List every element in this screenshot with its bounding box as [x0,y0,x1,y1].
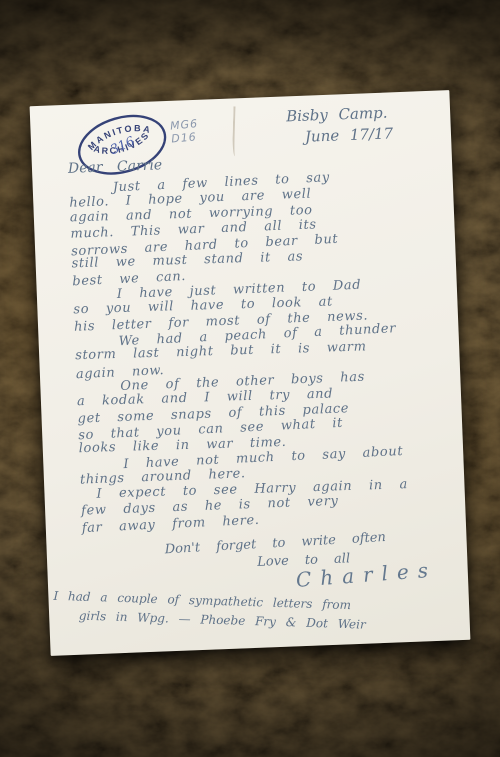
letter-date: June 17/17 [305,123,394,147]
catalog-notation-line2: D16 [171,130,200,145]
letter-photograph: MANITOBA ARCHIVES 316 MG6 D16 Bisby Camp… [0,0,500,757]
letter-heading: Bisby Camp. June 17/17 [286,102,394,148]
letter-body: Just a few lines to say hello. I hope yo… [68,167,441,535]
postscript: I had a couple of sympathetic letters fr… [53,587,367,635]
catalog-notation: MG6 D16 [170,117,200,145]
paper-crease [232,106,240,156]
letter-salutation: Dear Carrie [68,157,163,177]
letter-paper: MANITOBA ARCHIVES 316 MG6 D16 Bisby Camp… [30,90,471,656]
